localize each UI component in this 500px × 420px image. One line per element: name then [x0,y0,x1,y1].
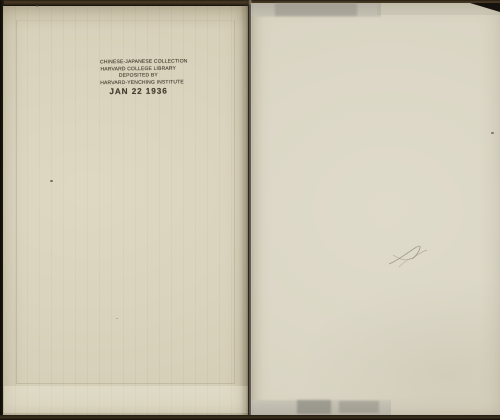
scanned-book-spread: { "scan": { "stamp": { "lines": [ "CHINE… [0,0,500,420]
page-lower-margin-strip [4,386,248,413]
library-accession-stamp: CHINESE-JAPANESE COLLECTION HARVARD COLL… [100,58,177,97]
stamp-line-institute: HARVARD-YENCHING INSTITUTE [100,79,176,87]
aging-smudge [275,3,357,16]
stamp-date: JAN 22 1936 [100,87,176,97]
ink-speck [491,132,494,134]
pencil-scribble-mark [385,239,433,273]
aging-gray-band-top [251,3,381,18]
right-endpaper-page [251,3,500,416]
left-endpaper-page: CHINESE-JAPANESE COLLECTION HARVARD COLL… [3,6,248,415]
aging-smudge [339,401,379,413]
ink-speck [50,180,53,182]
ink-speck [36,5,38,7]
aging-gray-band-bottom [251,399,391,415]
aging-smudge [297,400,331,414]
binding-edge-bottom [0,415,500,420]
book-gutter-crease [240,0,254,420]
ink-speck [116,318,118,319]
